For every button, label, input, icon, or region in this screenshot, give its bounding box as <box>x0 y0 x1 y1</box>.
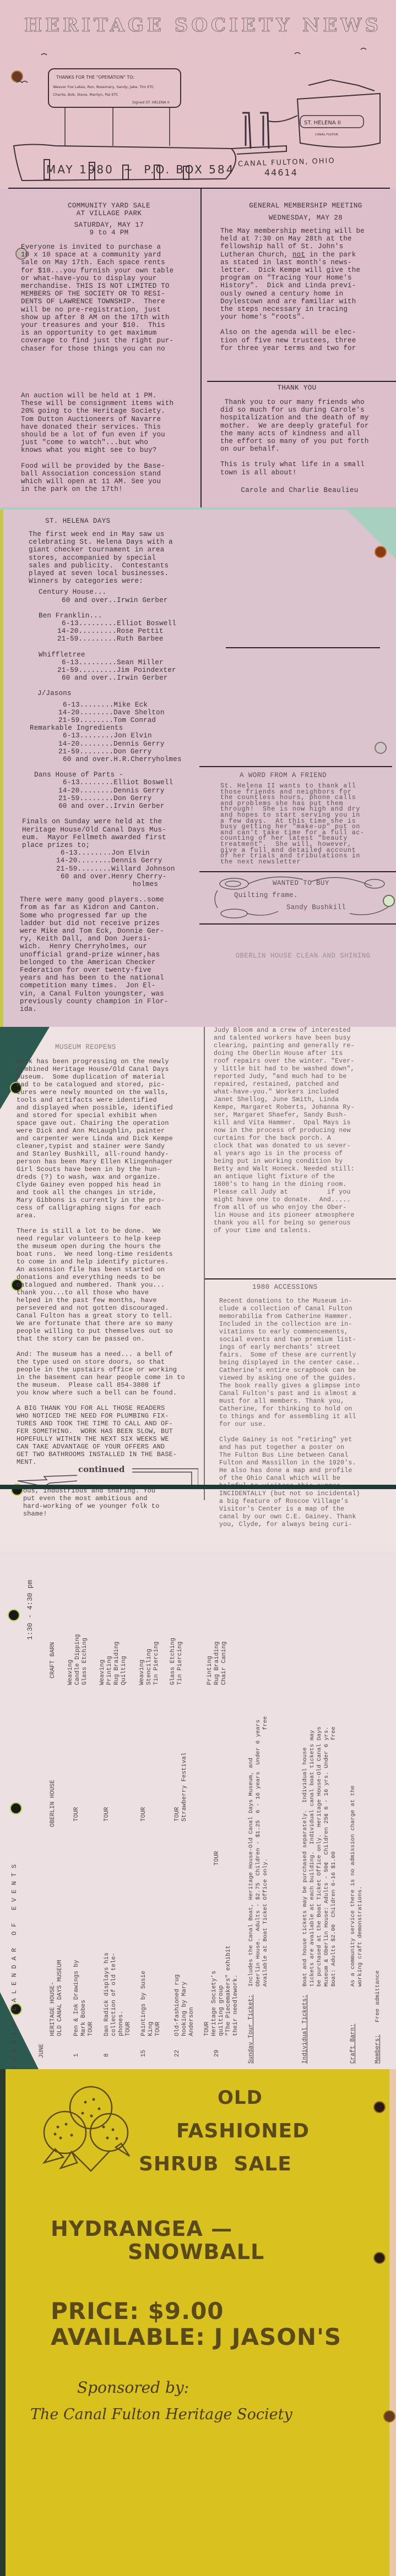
winner-row: 6-13........Jon Elvin <box>29 849 197 857</box>
plant-name-1: HYDRANGEA — <box>51 2217 232 2241</box>
calendar-craft-event: Weaving Stenciling Tin Piercing <box>139 1642 160 1685</box>
store-group: Ben Franklin... 6-13.........Elliot Bosw… <box>39 612 197 643</box>
shrub-sale-flyer: OLD FASHIONED SHRUB SALE HYDRANGEA — SNO… <box>0 2069 396 2576</box>
paragraph: And: The museum has a need... a bell of … <box>17 1350 201 1397</box>
article-title: 1980 ACCESSIONS <box>219 1283 395 1291</box>
paragraph: Recent donations to the Museum in- clude… <box>219 1298 395 1429</box>
page-edge <box>0 1485 396 1489</box>
paragraph: The May membership meeting will be held … <box>220 227 391 321</box>
article-title: THANK YOU <box>220 384 395 392</box>
section-divider <box>199 766 392 767</box>
article-title: COMMUNITY YARD SALE <box>21 202 197 210</box>
newsletter-page-3: MUSEUM REOPENS Work has been progressing… <box>0 1027 396 1552</box>
newsletter-page-1: HERITAGE SOCIETY NEWS THANKS FOR THE "OP… <box>0 0 396 216</box>
calendar-month: JUNE <box>39 2044 46 2058</box>
calendar-day: 15 <box>140 2050 148 2057</box>
col-header-oberlin: OBERLIN HOUSE <box>50 1780 57 1827</box>
winner-row: 6-13........Jon Elvin <box>30 732 197 740</box>
page-corner <box>346 510 396 559</box>
paragraph: Finals on Sunday were held at the Herita… <box>22 818 197 849</box>
flyer-headline-1: OLD <box>218 2087 263 2109</box>
article-subtitle: AT VILLAGE PARK <box>21 210 197 217</box>
paragraph: This is truly what life in a small town … <box>220 461 395 476</box>
article-title: ST. HELENA DAYS <box>29 517 197 525</box>
article-oberlin-house: Judy Bloom and a crew of interested and … <box>214 1027 395 1235</box>
masthead-zip: 44614 <box>264 167 298 178</box>
po-box: P.O. BOX 584 <box>144 163 235 176</box>
article-title: MUSEUM REOPENS <box>17 1043 201 1051</box>
note-label: Sunday Tour Ticket: <box>248 1995 255 2064</box>
calendar-time: 1:30 - 4:30 pm <box>26 1580 34 1640</box>
calendar-oberlin-event: TOUR Strawberry Festival <box>174 1753 188 1822</box>
masthead-date: MAY 1980 ~ P.O. BOX 584 <box>46 163 235 176</box>
store-group: Whiffletree 6-13.........Sean Miller 21-… <box>39 651 197 682</box>
store-group: J/Jasons 6-13........Mike Eck 14-20.....… <box>37 690 197 724</box>
binder-hole <box>8 1609 20 1621</box>
page-edge <box>389 2069 396 2576</box>
hydrangea-illustration <box>39 2086 138 2185</box>
section-divider <box>205 1278 396 1279</box>
article-accessions: 1980 ACCESSIONS Recent donations to the … <box>219 1283 395 1529</box>
paragraph: The first week end in May saw us celebra… <box>29 530 197 585</box>
calendar-heritage-event: Paintings by Susie King TOUR <box>140 1971 162 2036</box>
winners-list: Century House... 60 and over..Irwin Gerb… <box>29 588 197 810</box>
calendar-oberlin-event: TOUR <box>73 1807 80 1822</box>
paragraph: There were many good players..some from … <box>20 896 197 1013</box>
calendar-heritage-event: Dan Radick displays his collection of ol… <box>104 1952 132 2036</box>
store-name: Ben Franklin... <box>39 612 197 620</box>
paragraph: A BIG THANK YOU FOR ALL THOSE READERS WH… <box>17 1404 201 1466</box>
ad-item: Quilting frame. <box>234 892 298 899</box>
calendar-craft-event: Weaving Printing Rug Braiding Quilting <box>99 1642 128 1685</box>
ad-wanted-to-buy: WANTED TO BUY Quilting frame. Sandy Bush… <box>212 874 391 921</box>
svg-text:CANAL FULTON: CANAL FULTON <box>315 133 338 136</box>
store-name: Century House... <box>39 588 197 596</box>
event-date: WEDNESDAY, MAY 28 <box>220 214 391 222</box>
store-name: J/Jasons <box>37 690 197 697</box>
availability: AVAILABLE: J JASON'S <box>51 2323 341 2350</box>
paragraph: Clyde Gainey is not "retiring" yet and h… <box>219 1436 395 1529</box>
store-name: Whiffletree <box>39 651 197 659</box>
svg-text:Signed ST. HELENA II: Signed ST. HELENA II <box>132 100 170 105</box>
col-header-craft: CRAFT BARN <box>50 1642 57 1678</box>
store-group: Century House... 60 and over..Irwin Gerb… <box>39 588 197 604</box>
ad-contact: Sandy Bushkill <box>286 904 346 911</box>
note-label: Members: <box>375 2034 382 2064</box>
finals-list: 6-13........Jon Elvin 14-20........Denni… <box>29 849 197 888</box>
winner-row: 14-20.........Rose Pettit <box>39 627 197 635</box>
winner-row: 21-59........Willard Johnson <box>29 865 197 873</box>
store-group: Dans House of Parts - 6-13........Elliot… <box>34 771 197 810</box>
section-divider <box>207 381 396 382</box>
binder-hole <box>373 2101 386 2113</box>
paragraph: Thank you to our many friends who did so… <box>220 398 395 453</box>
calendar-heritage-event: Old-fashioned rug hooking by Mary Anders… <box>174 1975 196 2036</box>
winner-row: 14-20........Dennis Gerry <box>30 740 197 748</box>
calendar-day: 1 <box>73 2053 80 2057</box>
price: PRICE: $9.00 <box>51 2298 224 2325</box>
continued-arrow: continued <box>17 1464 198 1486</box>
winner-row: 14-20........Dennis Gerry <box>29 857 197 865</box>
winner-row: 21-59........Don Gerry <box>30 748 197 756</box>
calendar-day: 8 <box>104 2053 111 2057</box>
winner-row: 60 and over.H.R.Cherryholmes <box>30 756 197 763</box>
section-divider <box>199 871 396 872</box>
svg-text:Weaver Fox Lakes, Ron, Rosemar: Weaver Fox Lakes, Ron, Rosemary, Sandy, … <box>53 85 154 89</box>
calendar-craft-event: Printing Rug Braiding Chair Caning <box>207 1642 228 1685</box>
article-title: A WORD FROM A FRIEND <box>220 772 394 779</box>
calendar-craft-event: Glass Etching Tin Piercing <box>170 1638 184 1685</box>
winner-row: 14-20........Dave Shelton <box>37 709 197 717</box>
sponsored-label: Sponsored by: <box>77 2378 189 2397</box>
svg-text:THANKS FOR THE "OPERATION" TO:: THANKS FOR THE "OPERATION" TO: <box>56 75 134 80</box>
paragraph: Food will be provided by the Base- ball … <box>21 462 197 494</box>
newsletter-page-1-lower: An auction will be held at 1 PM. These w… <box>0 352 396 512</box>
winner-row: 60 and over..Irvin Gerber <box>34 802 197 810</box>
paragraph: An auction will be held at 1 PM. These w… <box>21 392 197 455</box>
winner-row: 60 and over.Henry Cherry- holmes <box>29 873 197 888</box>
winner-row: 14-20........Dennis Gerry <box>34 787 197 795</box>
store-group: Remarkable Ingredients 6-13........Jon E… <box>30 724 197 763</box>
winner-row: 6-13........Elliot Boswell <box>34 779 197 786</box>
svg-text:ST. HELENA II: ST. HELENA II <box>304 120 341 126</box>
ad-title: WANTED TO BUY <box>273 879 329 887</box>
plant-name-2: SNOWBALL <box>128 2240 264 2264</box>
paragraph: Work has been progressing on the newly c… <box>17 1058 201 1219</box>
winner-row: 60 and over..Irwin Gerber <box>39 597 197 604</box>
note-label: Craft Barn: <box>350 2023 357 2064</box>
winner-row: 21-59.........Ruth Barbee <box>39 635 197 643</box>
note-label: Individual Tickets: <box>302 1995 309 2064</box>
article-thank-you: THANK YOU Thank you to our many friends … <box>220 384 395 494</box>
svg-text:Charlie, Bob, Steve, Marilyn,: Charlie, Bob, Steve, Marilyn, Pat ETC <box>53 92 118 97</box>
page-edge <box>0 510 3 1085</box>
article-word-from-friend: A WORD FROM A FRIEND St. Helena II wants… <box>220 772 394 865</box>
binder-hole <box>375 742 387 754</box>
article-st-helena-days: ST. HELENA DAYS The first week end in Ma… <box>29 517 197 1013</box>
winner-row: 60 and over..Irwin Gerber <box>39 674 197 682</box>
winner-row: 6-13.........Sean Miller <box>39 659 197 666</box>
paragraph: Everyone is invited to purchase a 10 x 1… <box>21 243 197 368</box>
signature: Carole and Charlie Beaulieu <box>220 486 395 494</box>
calendar-day: 22 <box>174 2050 181 2057</box>
event-date: SATURDAY, MAY 17 <box>21 221 197 229</box>
continued-label: continued <box>78 1464 125 1474</box>
event-time: 9 to 4 PM <box>21 229 197 237</box>
calendar-craft-event: Weaving Candle Dipping Glass Etching <box>67 1634 89 1685</box>
oberlin-intro <box>214 963 395 1013</box>
article-title: GENERAL MEMBERSHIP MEETING <box>220 202 391 210</box>
col-header-heritage: HERITAGE HOUSE- OLD CANAL DAYS MUSEUM <box>50 1960 64 2036</box>
note-text: Includes the Canal Boat, Heritage House-… <box>248 1716 269 1987</box>
column-divider <box>204 1027 205 1500</box>
winner-row: 21-59........Tom Conrad <box>37 717 197 724</box>
note-text: Boat and house tickets may be purchased … <box>302 1726 338 1987</box>
binder-hole <box>10 1802 22 1814</box>
calendar-oberlin-event: TOUR <box>104 1807 111 1822</box>
column-divider <box>200 352 202 507</box>
calendar-heritage-event: TOUR Heritage Society's quilting group "… <box>204 1945 240 2036</box>
page-edge <box>0 2069 6 2576</box>
calendar-oberlin-event: TOUR <box>140 1807 148 1822</box>
winner-row: 21-59........Don Gerry <box>34 795 197 802</box>
article-museum-reopens: MUSEUM REOPENS Work has been progressing… <box>17 1043 201 1466</box>
binder-hole <box>375 546 387 558</box>
paragraph: There is still a lot to be done. We need… <box>17 1227 201 1343</box>
oberlin-title: OBERLIN HOUSE CLEAN AND SHINING <box>220 952 386 960</box>
calendar-day: 29 <box>214 2050 221 2057</box>
winner-row: 6-13........Mike Eck <box>37 701 197 709</box>
calendar-title: SUNDAY CALENDAR OF EVENTS <box>11 1860 18 2069</box>
calendar-heritage-event: Pen & Ink Drawings by Mark Bobes TOUR <box>73 1960 95 2036</box>
binder-hole <box>383 2410 395 2422</box>
store-name: Remarkable Ingredients <box>30 724 197 732</box>
paragraph: Judy Bloom and a crew of interested and … <box>214 1027 395 1235</box>
sponsor-name: The Canal Fulton Heritage Society <box>30 2406 292 2423</box>
calendar-oberlin-event: TOUR <box>214 1851 221 1866</box>
note-text: As a community service there is no admis… <box>350 1786 364 1987</box>
paragraph: St. Helena II wants to thank all those f… <box>220 784 394 865</box>
flyer-headline-3: SHRUB SALE <box>139 2153 292 2175</box>
paragraph: ous, industrious and sharing. You put ev… <box>23 1487 160 1518</box>
store-name: Dans House of Parts - <box>34 771 197 779</box>
note-text: Free admittance <box>375 1970 382 2022</box>
page-corner <box>0 1992 39 2069</box>
winner-row: 6-13.........Elliot Boswell <box>39 620 197 627</box>
section-divider <box>199 923 396 925</box>
binder-hole <box>373 2252 386 2264</box>
winner-row: 21-59.........Jim Poindexter <box>39 666 197 674</box>
section-divider <box>226 647 380 648</box>
calendar-page: SUNDAY CALENDAR OF EVENTS 1:30 - 4:30 pm… <box>0 1552 396 2069</box>
flyer-headline-2: FASHIONED <box>176 2120 310 2142</box>
article-yard-sale-continued: An auction will be held at 1 PM. These w… <box>21 352 197 493</box>
